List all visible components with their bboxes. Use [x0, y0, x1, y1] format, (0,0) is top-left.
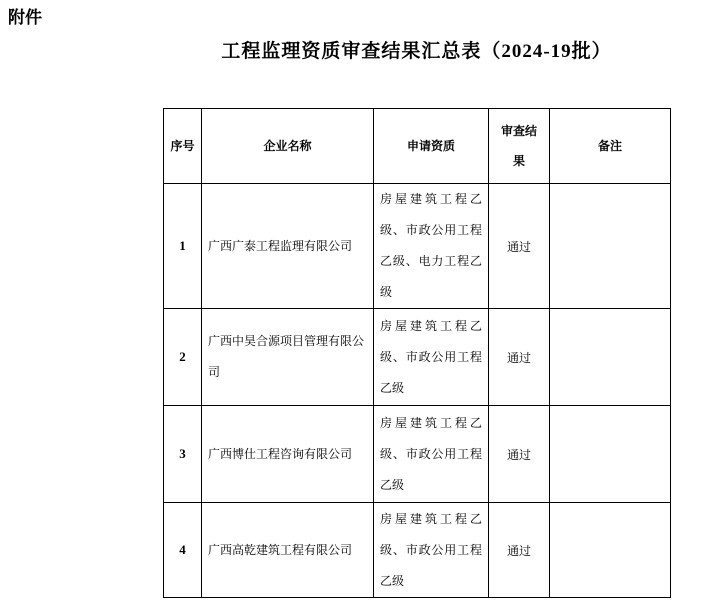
cell-qualification: 房屋建筑工程乙级、市政公用工程乙级 [374, 406, 489, 503]
cell-company: 广西博仕工程咨询有限公司 [202, 406, 374, 503]
header-cell-remark: 备注 [550, 109, 671, 184]
cell-qualification: 房屋建筑工程乙级、市政公用工程乙级 [374, 309, 489, 406]
table-row: 4 广西高乾建筑工程有限公司 房屋建筑工程乙级、市政公用工程乙级 通过 [164, 503, 671, 598]
page-title: 工程监理资质审查结果汇总表（2024-19批） [130, 40, 703, 64]
cell-qualification: 房屋建筑工程乙级、市政公用工程乙级、电力工程乙级 [374, 184, 489, 309]
cell-result: 通过 [489, 184, 550, 309]
table-row: 2 广西中昊合源项目管理有限公司 房屋建筑工程乙级、市政公用工程乙级 通过 [164, 309, 671, 406]
table-row: 3 广西博仕工程咨询有限公司 房屋建筑工程乙级、市政公用工程乙级 通过 [164, 406, 671, 503]
cell-no: 4 [164, 503, 202, 598]
cell-remark [550, 309, 671, 406]
cell-no: 1 [164, 184, 202, 309]
header-cell-company: 企业名称 [202, 109, 374, 184]
header-cell-no: 序号 [164, 109, 202, 184]
cell-remark [550, 503, 671, 598]
cell-no: 3 [164, 406, 202, 503]
cell-result: 通过 [489, 406, 550, 503]
cell-remark [550, 184, 671, 309]
cell-no: 2 [164, 309, 202, 406]
cell-result: 通过 [489, 503, 550, 598]
table-row: 1 广西广泰工程监理有限公司 房屋建筑工程乙级、市政公用工程乙级、电力工程乙级 … [164, 184, 671, 309]
cell-company: 广西中昊合源项目管理有限公司 [202, 309, 374, 406]
cell-result: 通过 [489, 309, 550, 406]
review-results-table: 序号 企业名称 申请资质 审查结果 备注 1 广西广泰工程监理有限公司 房屋建筑… [163, 108, 671, 598]
header-cell-result: 审查结果 [489, 109, 550, 184]
header-cell-qualification: 申请资质 [374, 109, 489, 184]
cell-remark [550, 406, 671, 503]
cell-company: 广西高乾建筑工程有限公司 [202, 503, 374, 598]
attachment-label: 附件 [8, 8, 42, 28]
cell-company: 广西广泰工程监理有限公司 [202, 184, 374, 309]
cell-qualification: 房屋建筑工程乙级、市政公用工程乙级 [374, 503, 489, 598]
table-header-row: 序号 企业名称 申请资质 审查结果 备注 [164, 109, 671, 184]
